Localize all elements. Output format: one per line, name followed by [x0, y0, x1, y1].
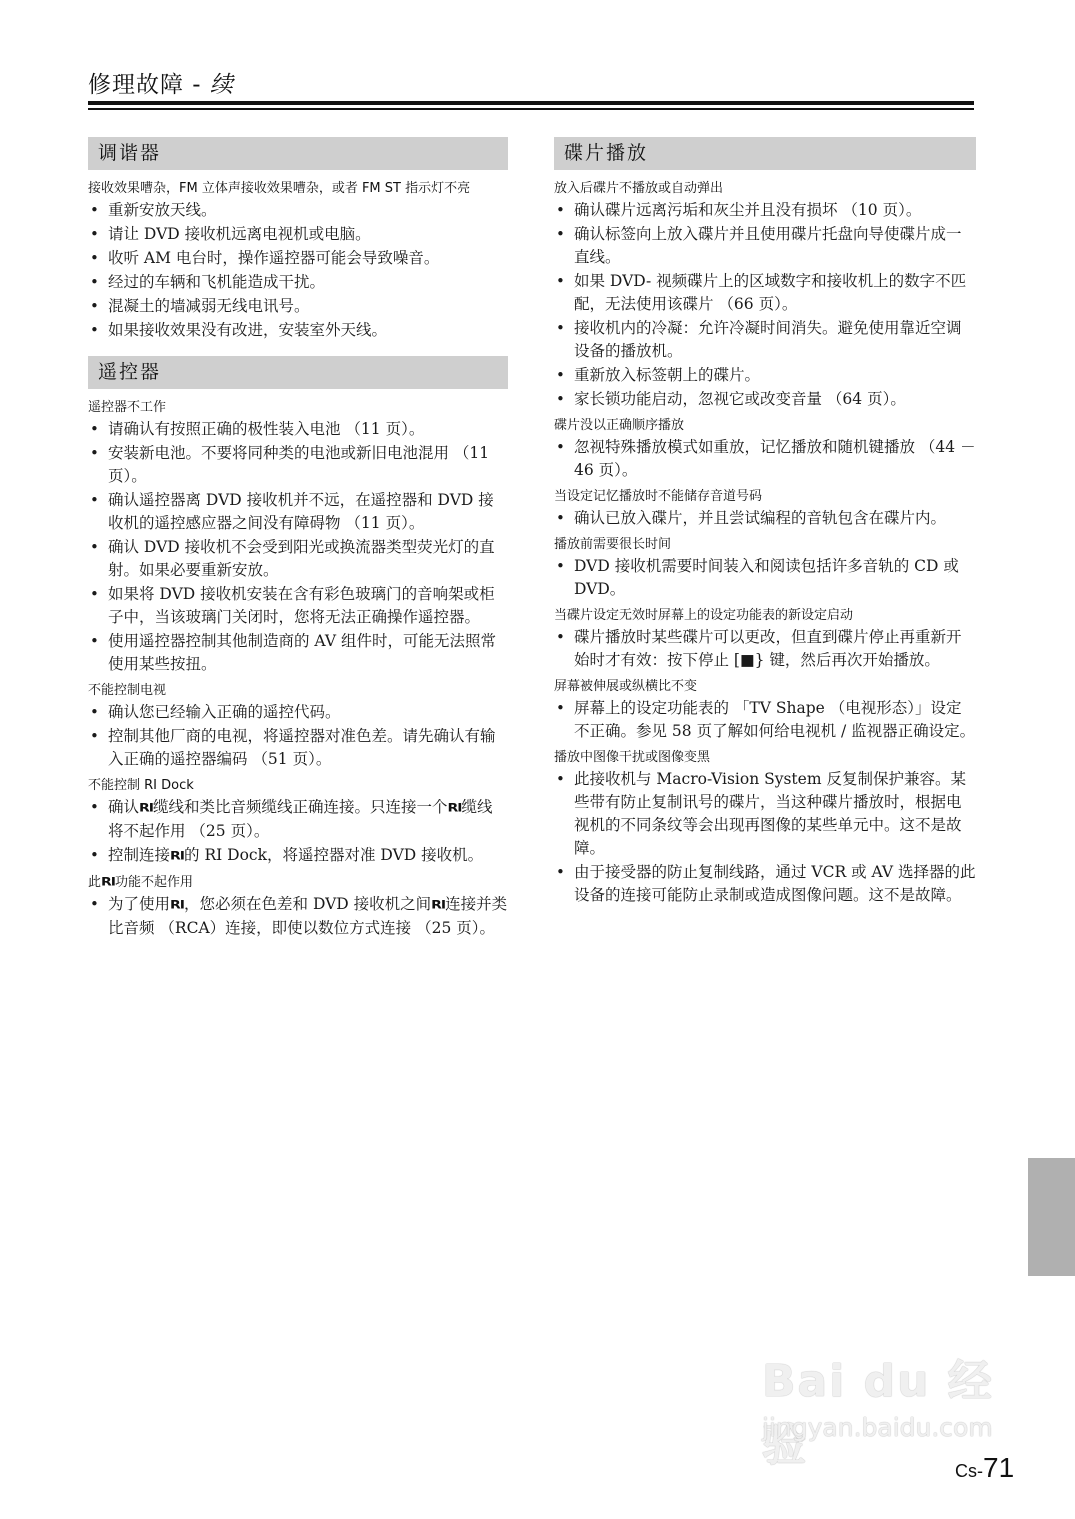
problem-heading: 当碟片设定无效时屏幕上的设定功能表的新设定启动: [554, 605, 976, 626]
list-item: 使用遥控器控制其他制造商的 AV 组件时，可能无法照常使用某些按扭。: [88, 630, 508, 676]
solution-list: DVD 接收机需要时间装入和阅读包括许多音轨的 CD 或 DVD。: [554, 555, 976, 601]
section-heading: 调谐器: [88, 137, 508, 170]
list-item: 如果 DVD- 视频碟片上的区域数字和接收机上的数字不匹配，无法使用该碟片 （6…: [554, 270, 976, 316]
right-column: 碟片播放 放入后碟片不播放或自动弹出 确认碟片远离污垢和灰尘并且没有损坏 （10…: [554, 137, 976, 921]
problem-heading: 碟片没以正确顺序播放: [554, 415, 976, 436]
list-item: 确认标签向上放入碟片并且使用碟片托盘向导使碟片成一直线。: [554, 223, 976, 269]
problem-heading: 屏幕被伸展或纵横比不变: [554, 676, 976, 697]
list-item: 确认遥控器离 DVD 接收机并不远，在遥控器和 DVD 接收机的遥控感应器之间没…: [88, 489, 508, 535]
header-rule-thick: [88, 101, 974, 105]
ri-logo-icon: RI: [431, 896, 445, 914]
problem-heading: 不能控制电视: [88, 680, 508, 701]
solution-list: 为了使用RI，您必须在色差和 DVD 接收机之间RI连接并类比音频 （RCA）连…: [88, 893, 508, 940]
header-rule-thin: [88, 108, 974, 110]
list-item: 此接收机与 Macro-Vision System 反复制保护兼容。某些带有防止…: [554, 768, 976, 860]
list-item: 安装新电池。不要将同种类的电池或新旧电池混用 （11 页）。: [88, 442, 508, 488]
solution-list: 此接收机与 Macro-Vision System 反复制保护兼容。某些带有防止…: [554, 768, 976, 907]
list-item: 如果将 DVD 接收机安装在含有彩色玻璃门的音响架或柜子中，当该玻璃门关闭时，您…: [88, 583, 508, 629]
solution-list: 碟片播放时某些碟片可以更改，但直到碟片停止再重新开始时才有效：按下停止 [■} …: [554, 626, 976, 672]
page-title: 修理故障 - 续: [88, 66, 234, 99]
list-item: 确认碟片远离污垢和灰尘并且没有损坏 （10 页）。: [554, 199, 976, 222]
continued-label: 续: [210, 72, 234, 98]
list-item: DVD 接收机需要时间装入和阅读包括许多音轨的 CD 或 DVD。: [554, 555, 976, 601]
problem-heading: 不能控制 RI Dock: [88, 775, 508, 796]
problem-heading: 放入后碟片不播放或自动弹出: [554, 178, 976, 199]
problem-heading: 遥控器不工作: [88, 397, 508, 418]
solution-list: 忽视特殊播放模式如重放，记忆播放和随机键播放 （44 － 46 页）。: [554, 436, 976, 482]
ri-logo-icon: RI: [448, 799, 462, 817]
watermark-url: jingyan.baidu.com: [762, 1413, 993, 1442]
problem-heading: 此RI功能不起作用: [88, 872, 508, 893]
page-num: 71: [983, 1452, 1014, 1483]
list-item: 重新放入标签朝上的碟片。: [554, 364, 976, 387]
list-item: 控制其他厂商的电视，将遥控器对准色差。请先确认有输入正确的遥控器编码 （51 页…: [88, 725, 508, 771]
list-item: 由于接受器的防止复制线路，通过 VCR 或 AV 选择器的此设备的连接可能防止录…: [554, 861, 976, 907]
section-heading: 遥控器: [88, 356, 508, 389]
ri-logo-icon: RI: [139, 799, 153, 817]
list-item: 请确认有按照正确的极性装入电池 （11 页）。: [88, 418, 508, 441]
solution-list: 请确认有按照正确的极性装入电池 （11 页）。 安装新电池。不要将同种类的电池或…: [88, 418, 508, 676]
ri-logo-icon: RI: [170, 896, 184, 914]
section-tuner: 调谐器 接收效果嘈杂，FM 立体声接收效果嘈杂，或者 FM ST 指示灯不亮 重…: [88, 137, 508, 342]
section-disc-playback: 碟片播放 放入后碟片不播放或自动弹出 确认碟片远离污垢和灰尘并且没有损坏 （10…: [554, 137, 976, 907]
problem-heading: 播放前需要很长时间: [554, 534, 976, 555]
list-item: 接收机内的冷凝：允许冷凝时间消失。避免使用靠近空调设备的播放机。: [554, 317, 976, 363]
solution-list: 确认碟片远离污垢和灰尘并且没有损坏 （10 页）。 确认标签向上放入碟片并且使用…: [554, 199, 976, 411]
list-item: 确认RI缆线和类比音频缆线正确连接。只连接一个RI缆线将不起作用 （25 页）。: [88, 796, 508, 843]
solution-list: 确认已放入碟片，并且尝试编程的音轨包含在碟片内。: [554, 507, 976, 530]
problem-heading: 播放中图像干扰或图像变黑: [554, 747, 976, 768]
solution-list: 屏幕上的设定功能表的 「TV Shape （电视形态）」设定不正确。参见 58 …: [554, 697, 976, 743]
list-item: 确认您已经输入正确的遥控代码。: [88, 701, 508, 724]
list-item: 混凝土的墙减弱无线电讯号。: [88, 295, 508, 318]
list-item: 为了使用RI，您必须在色差和 DVD 接收机之间RI连接并类比音频 （RCA）连…: [88, 893, 508, 940]
page-prefix: Cs-: [955, 1461, 983, 1481]
ri-logo-icon: RI: [101, 874, 115, 891]
solution-list: 确认RI缆线和类比音频缆线正确连接。只连接一个RI缆线将不起作用 （25 页）。…: [88, 796, 508, 868]
list-item: 确认已放入碟片，并且尝试编程的音轨包含在碟片内。: [554, 507, 976, 530]
chapter-side-tab: [1028, 1158, 1075, 1276]
list-item: 忽视特殊播放模式如重放，记忆播放和随机键播放 （44 － 46 页）。: [554, 436, 976, 482]
list-item: 家长锁功能启动，忽视它或改变音量 （64 页）。: [554, 388, 976, 411]
list-item: 经过的车辆和飞机能造成干扰。: [88, 271, 508, 294]
list-item: 请让 DVD 接收机远离电视机或电脑。: [88, 223, 508, 246]
list-item: 碟片播放时某些碟片可以更改，但直到碟片停止再重新开始时才有效：按下停止 [■} …: [554, 626, 976, 672]
solution-list: 重新安放天线。 请让 DVD 接收机远离电视机或电脑。 收听 AM 电台时，操作…: [88, 199, 508, 342]
page-title-text: 修理故障 -: [88, 72, 210, 98]
list-item: 收听 AM 电台时，操作遥控器可能会导致噪音。: [88, 247, 508, 270]
list-item: 控制连接RI的 RI Dock，将遥控器对准 DVD 接收机。: [88, 844, 508, 868]
left-column: 调谐器 接收效果嘈杂，FM 立体声接收效果嘈杂，或者 FM ST 指示灯不亮 重…: [88, 137, 508, 954]
problem-heading: 当设定记忆播放时不能储存音道号码: [554, 486, 976, 507]
list-item: 确认 DVD 接收机不会受到阳光或换流器类型荧光灯的直射。如果必要重新安放。: [88, 536, 508, 582]
list-item: 屏幕上的设定功能表的 「TV Shape （电视形态）」设定不正确。参见 58 …: [554, 697, 976, 743]
list-item: 如果接收效果没有改进，安装室外天线。: [88, 319, 508, 342]
problem-heading: 接收效果嘈杂，FM 立体声接收效果嘈杂，或者 FM ST 指示灯不亮: [88, 178, 508, 199]
section-heading: 碟片播放: [554, 137, 976, 170]
solution-list: 确认您已经输入正确的遥控代码。 控制其他厂商的电视，将遥控器对准色差。请先确认有…: [88, 701, 508, 771]
page-number: Cs-71: [955, 1452, 1014, 1484]
ri-logo-icon: RI: [170, 847, 184, 865]
section-remote: 遥控器 遥控器不工作 请确认有按照正确的极性装入电池 （11 页）。 安装新电池…: [88, 356, 508, 940]
list-item: 重新安放天线。: [88, 199, 508, 222]
